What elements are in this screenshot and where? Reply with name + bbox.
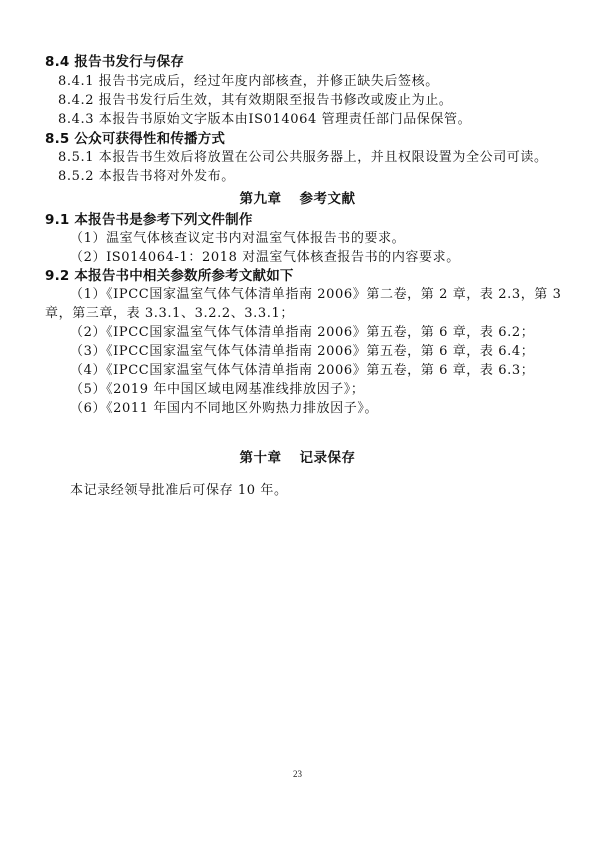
page-number: 23 [0, 768, 595, 780]
section-9-1-heading: 9.1 本报告书是参考下列文件制作 [45, 210, 253, 230]
reference-item: （5）《2019 年中国区域电网基准线排放因子》； [70, 380, 365, 400]
reference-item: （1）《IPCC国家温室气体气体清单指南 2006》第二卷，第 2 章，表 2.… [70, 285, 562, 305]
reference-item: （2）《IPCC国家温室气体气体清单指南 2006》第五卷，第 6 章，表 6.… [70, 323, 534, 343]
chapter-10-body: 本记录经领导批准后可保存 10 年。 [70, 481, 288, 501]
section-8-5-2: 8.5.2 本报告书将对外发布。 [58, 167, 235, 187]
section-9-2-heading: 9.2 本报告书中相关参数所参考文献如下 [45, 266, 294, 286]
chapter-9-number: 第九章 [240, 191, 282, 207]
reference-item: （2）IS014064-1：2018 对温室气体核查报告书的内容要求。 [70, 248, 460, 268]
section-8-5-1: 8.5.1 本报告书生效后将放置在公司公共服务器上，并且权限设置为全公司可读。 [58, 148, 548, 168]
section-8-5-heading: 8.5 公众可获得性和传播方式 [45, 129, 225, 149]
chapter-10-name: 记录保存 [300, 450, 356, 466]
reference-item: （6）《2011 年国内不同地区外购热力排放因子》。 [70, 399, 378, 419]
section-8-4-2: 8.4.2 报告书发行后生效，其有效期限至报告书修改或废止为止。 [58, 91, 452, 111]
reference-item: （3）《IPCC国家温室气体气体清单指南 2006》第五卷，第 6 章，表 6.… [70, 342, 534, 362]
chapter-9-title: 第九章参考文献 [0, 189, 595, 209]
section-8-4-heading: 8.4 报告书发行与保存 [45, 52, 184, 72]
chapter-10-title: 第十章记录保存 [0, 448, 595, 468]
chapter-10-number: 第十章 [240, 450, 282, 466]
reference-item: （1）温室气体核查议定书内对温室气体报告书的要求。 [70, 229, 405, 249]
section-8-4-3: 8.4.3 本报告书原始文字版本由IS014064 管理责任部门品保保管。 [58, 110, 471, 130]
reference-item-continuation: 章，第三章，表 3.3.1、3.2.2、3.3.1； [45, 304, 294, 324]
chapter-9-name: 参考文献 [300, 191, 356, 207]
section-8-4-1: 8.4.1 报告书完成后，经过年度内部核查，并修正缺失后签核。 [58, 72, 439, 92]
document-page: 8.4 报告书发行与保存 8.4.1 报告书完成后，经过年度内部核查，并修正缺失… [0, 0, 595, 841]
reference-item: （4）《IPCC国家温室气体气体清单指南 2006》第五卷，第 6 章，表 6.… [70, 361, 534, 381]
